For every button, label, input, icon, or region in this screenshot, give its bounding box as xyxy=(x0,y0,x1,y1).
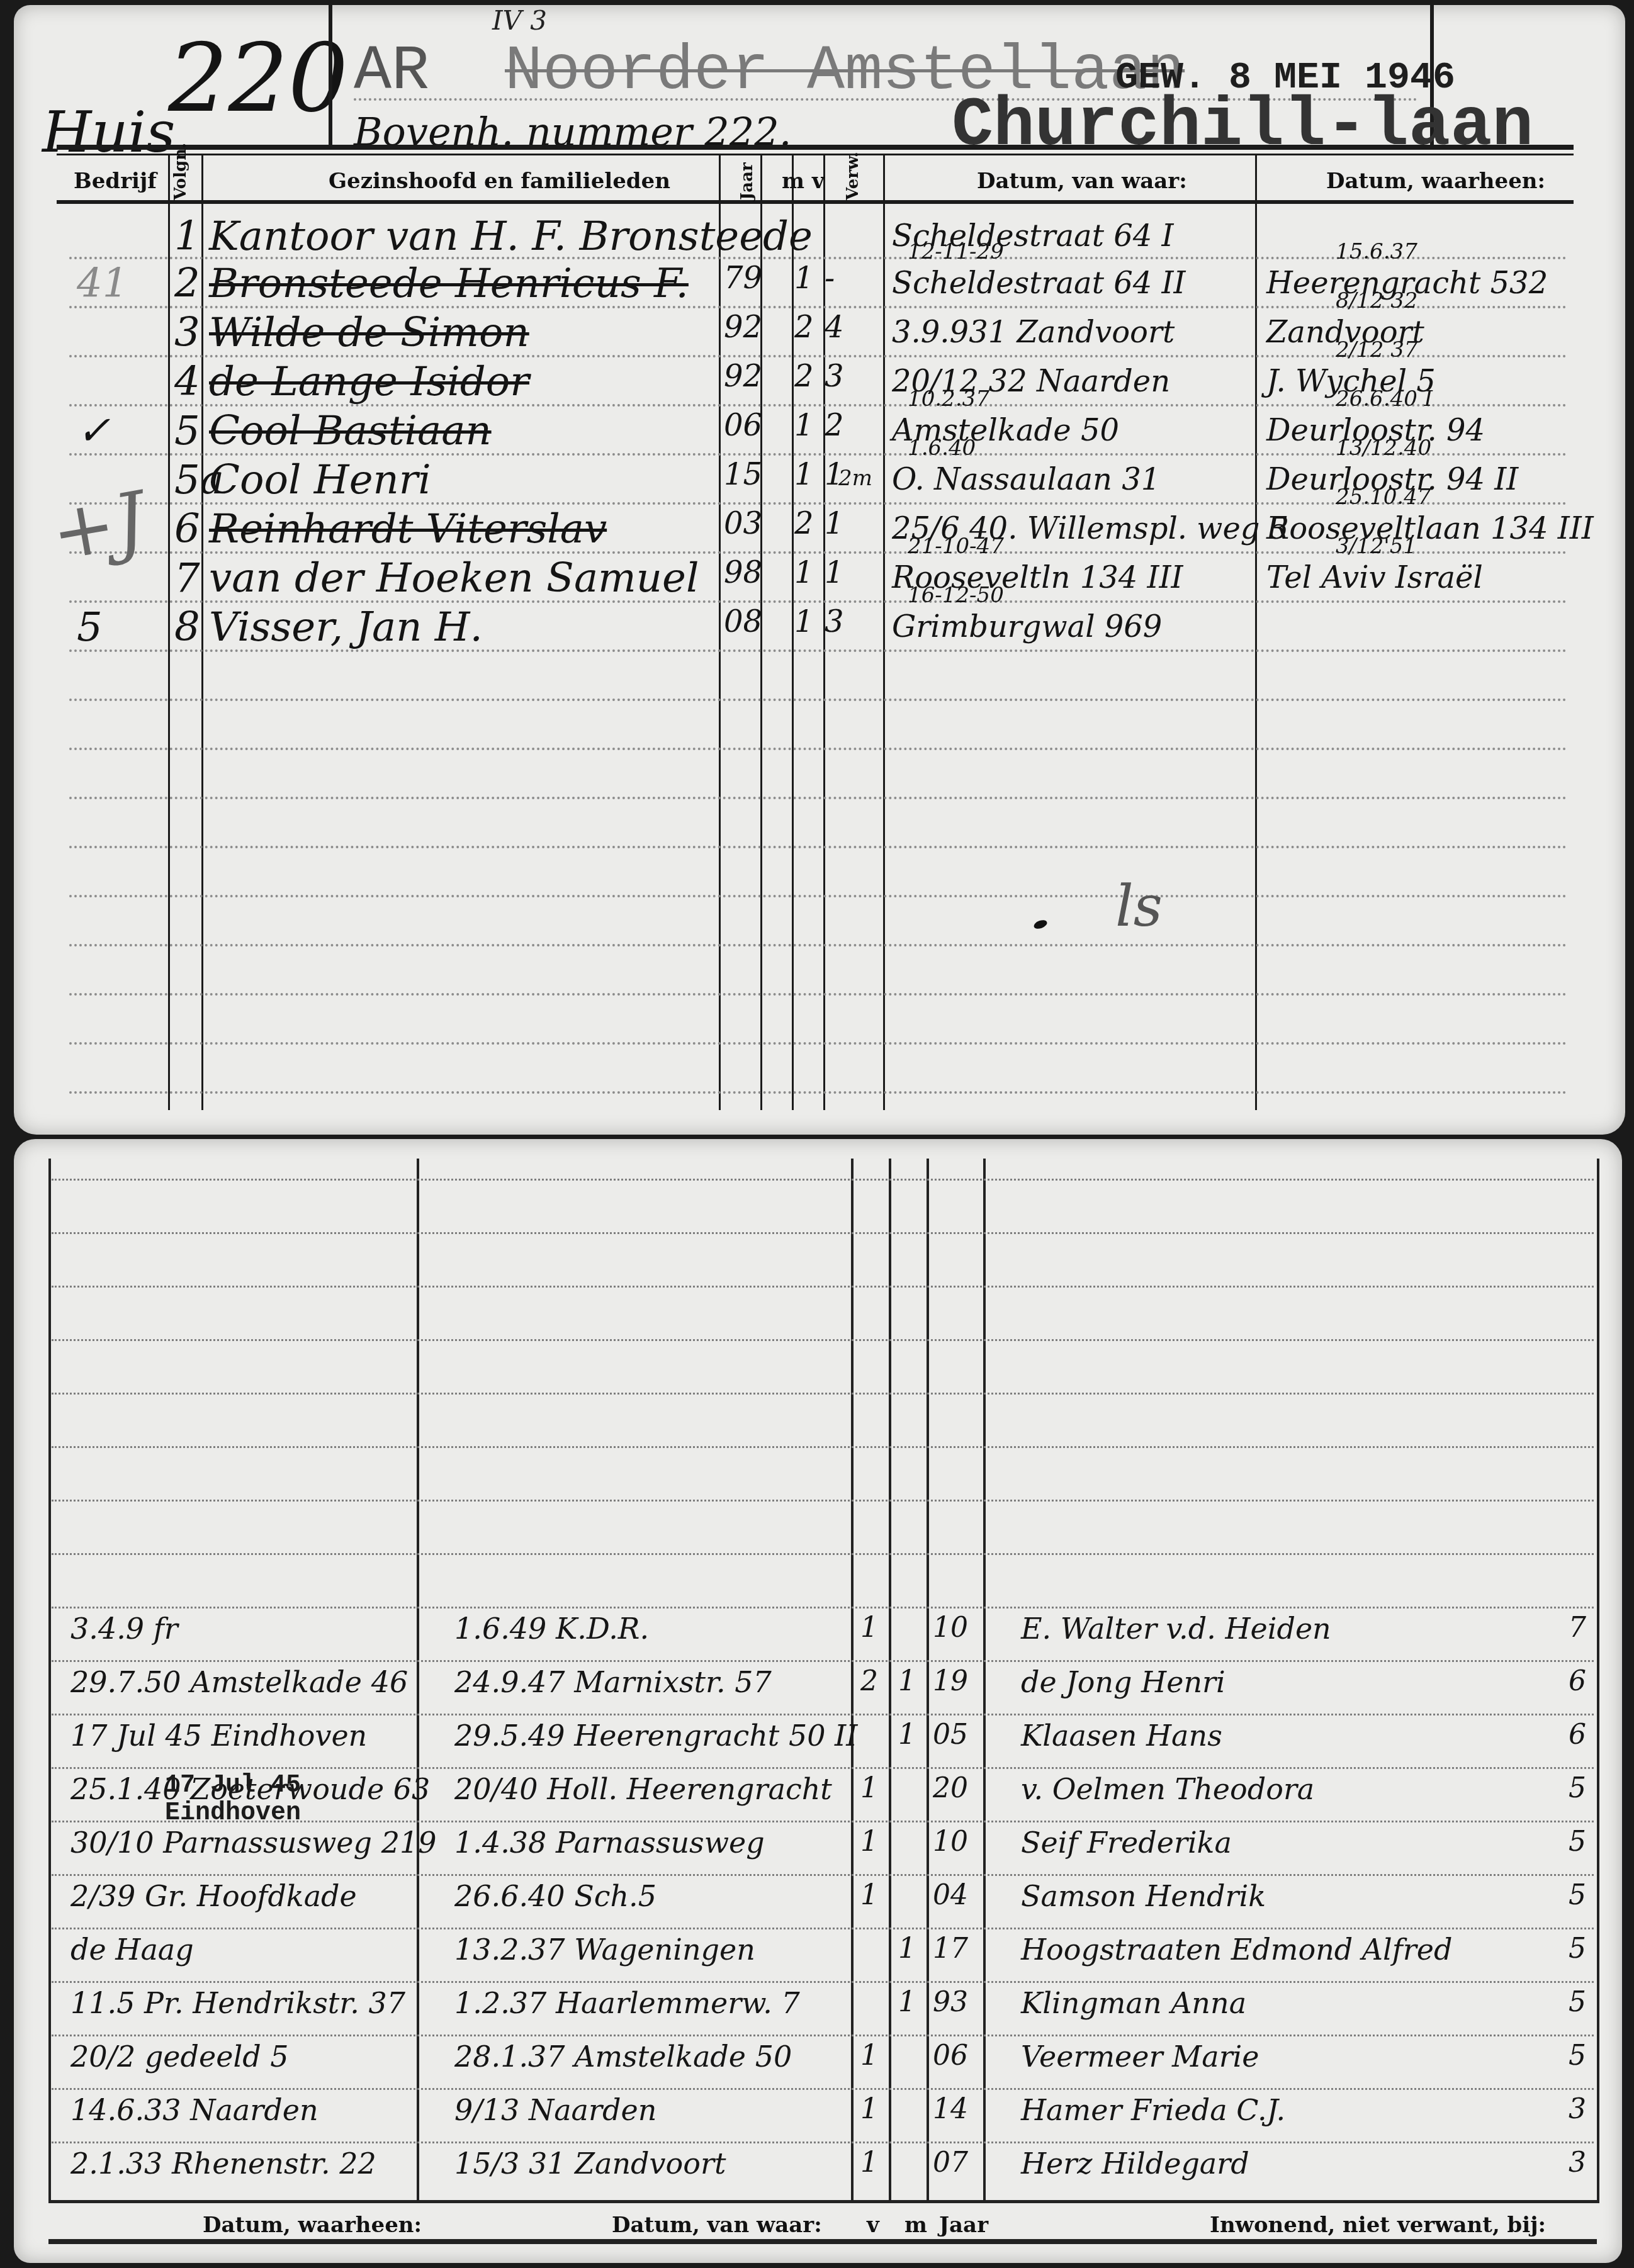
header-divider xyxy=(329,5,332,145)
lodger-jaar: 14 xyxy=(933,2093,968,2125)
m-cell: 2 xyxy=(794,359,814,394)
lodger-jaar: 20 xyxy=(933,1772,968,1804)
waarheen-date: 3/12'51 xyxy=(1336,534,1417,559)
column-line xyxy=(168,154,170,1110)
lodger-name: de Jong Henri xyxy=(1021,1665,1225,1699)
lodger-van_waar: 9/13 Naarden xyxy=(454,2093,656,2127)
back-col-van_waar: Datum, van waar: xyxy=(612,2213,822,2238)
back-row-line xyxy=(52,1393,1594,1395)
jaar-cell: 08 xyxy=(724,604,762,639)
initial-mark: ls xyxy=(1115,873,1163,940)
back-row-line xyxy=(52,2088,1594,2090)
ink-blot xyxy=(1033,919,1049,931)
lodger-ref: 5 xyxy=(1569,1826,1586,1858)
lodger-waarheen: 14.6.33 Naarden xyxy=(70,2093,318,2127)
lodger-waarheen: 2/39 Gr. Hoofdkade xyxy=(70,1879,357,1913)
bedrijf-cell: 41 xyxy=(77,261,128,307)
waarheen-cell: Tel Aviv Israël xyxy=(1266,560,1483,595)
lodger-jaar: 17 xyxy=(933,1933,968,1965)
lodger-name: Klaasen Hans xyxy=(1021,1719,1222,1753)
volgn-cell: 8 xyxy=(174,604,200,651)
waarheen-date: 2/12 37 xyxy=(1336,337,1417,362)
lodger-name: E. Walter v.d. Heiden xyxy=(1021,1612,1331,1646)
back-column-line xyxy=(417,1159,419,2203)
column-header-rule xyxy=(57,200,1574,204)
lodger-waarheen: de Haag xyxy=(70,1933,194,1967)
lodger-jaar: 07 xyxy=(933,2147,968,2179)
lodger-name: Hamer Frieda C.J. xyxy=(1021,2093,1285,2127)
row-line xyxy=(69,944,1567,946)
back-row-line xyxy=(52,1232,1594,1234)
van-waar-cell: 3.9.931 Zandvoort xyxy=(892,315,1175,350)
lodger-van_waar: 26.6.40 Sch.5 xyxy=(454,1879,656,1913)
bedrijf-cell: ✓ xyxy=(77,408,111,454)
column-line xyxy=(883,154,885,1110)
header-rule xyxy=(57,145,1574,150)
row-line xyxy=(69,797,1567,799)
name-cell: van der Hoeken Samuel xyxy=(209,555,699,602)
back-row-line xyxy=(52,2142,1594,2143)
van-waar-cell: O. Nassaulaan 31 xyxy=(892,462,1160,497)
back-col-jaar: Jaar xyxy=(939,2213,988,2238)
waarheen-date: 15.6.37 xyxy=(1336,239,1417,264)
name-cell: Kantoor van H. F. Bronsteede xyxy=(209,213,813,260)
margin-annotation: +J xyxy=(45,476,152,578)
name-cell: de Lange Isidor xyxy=(209,359,529,405)
row-line xyxy=(69,699,1567,701)
lodger-name: Veermeer Marie xyxy=(1021,2040,1259,2074)
row-line xyxy=(69,1091,1567,1094)
back-column-line xyxy=(851,1159,854,2203)
back-row-line xyxy=(52,1500,1594,1502)
stamp-date: 17 Jul 45 xyxy=(165,1772,301,1800)
column-line xyxy=(201,154,203,1110)
column-line xyxy=(719,154,721,1110)
lodger-ref: 5 xyxy=(1569,1772,1586,1804)
v-cell: 2 xyxy=(825,408,844,443)
lodger-ref: 5 xyxy=(1569,1933,1586,1965)
col-v: v xyxy=(812,169,825,194)
lodger-name: Samson Hendrik xyxy=(1021,1879,1266,1913)
van-waar-date: 21-10-47 xyxy=(908,534,1004,559)
lodger-van_waar: 28.1.37 Amstelkade 50 xyxy=(454,2040,792,2074)
lodger-jaar: 93 xyxy=(933,1986,968,2018)
lodger-v: 1 xyxy=(860,1612,878,1644)
lodger-jaar: 04 xyxy=(933,1879,968,1911)
back-row-line xyxy=(52,1179,1594,1181)
register-card-back: Datum, waarheen:Datum, van waar:vmJaarIn… xyxy=(14,1139,1622,2263)
van-waar-date: 16-12-50 xyxy=(908,583,1004,608)
back-row-line xyxy=(52,1928,1594,1929)
m-cell: 1 xyxy=(794,408,814,443)
jaar-cell: 03 xyxy=(724,506,762,541)
waarheen-date: 26.6.40 I xyxy=(1336,386,1433,412)
lodger-m: 1 xyxy=(898,1719,916,1751)
back-col-v: v xyxy=(867,2213,879,2238)
m-cell: 2 xyxy=(794,506,814,541)
row-line xyxy=(69,993,1567,996)
volgn-cell: 2 xyxy=(174,261,200,307)
lodger-v: 1 xyxy=(860,2040,878,2072)
m-cell: 1 xyxy=(794,261,814,296)
lodger-m: 1 xyxy=(898,1933,916,1965)
lodger-waarheen: 2.1.33 Rhenenstr. 22 xyxy=(70,2147,376,2181)
lodger-ref: 3 xyxy=(1569,2093,1586,2125)
back-column-line xyxy=(983,1159,986,2203)
lodger-van_waar: 13.2.37 Wageningen xyxy=(454,1933,755,1967)
name-cell: Bronsteede Henricus F. xyxy=(209,261,689,307)
lodger-waarheen: 30/10 Parnassusweg 219 xyxy=(70,1826,436,1860)
name-cell: Wilde de Simon xyxy=(209,310,529,356)
lodger-name: v. Oelmen Theodora xyxy=(1021,1772,1314,1806)
volgn-cell: 5 xyxy=(174,408,200,454)
back-row-line xyxy=(52,1981,1594,1983)
stamp-place: Eindhoven xyxy=(165,1800,301,1827)
lodger-name: Hoogstraaten Edmond Alfred xyxy=(1021,1933,1453,1967)
lodger-ref: 5 xyxy=(1569,1879,1586,1911)
m-cell: 1 xyxy=(794,457,814,492)
lodger-van_waar: 1.6.49 K.D.R. xyxy=(454,1612,649,1646)
v-cell: 1 xyxy=(825,555,844,590)
lodger-v: 1 xyxy=(860,2093,878,2125)
v-cell: 3 xyxy=(825,604,844,639)
row-line xyxy=(69,895,1567,897)
name-cell: Reinhardt Viterslav xyxy=(209,506,607,553)
back-col-m: m xyxy=(904,2213,927,2238)
row-line xyxy=(69,748,1567,750)
lodger-v: 1 xyxy=(860,1826,878,1858)
back-left-border xyxy=(48,2239,1597,2244)
back-row-line xyxy=(52,1446,1594,1448)
name-cell: Cool Bastiaan xyxy=(209,408,492,454)
lodger-ref: 5 xyxy=(1569,1986,1586,2018)
column-line xyxy=(1255,154,1257,1110)
back-row-line xyxy=(52,1714,1594,1715)
lodger-jaar: 10 xyxy=(933,1612,968,1644)
register-card-front: 220 Huis IV 3 AR Noorder Amstellaan GEW.… xyxy=(14,5,1625,1135)
waarheen-cell: Rooseveltlaan 134 III xyxy=(1266,511,1594,546)
lodger-ref: 7 xyxy=(1569,1612,1586,1644)
back-page-rotated: Datum, waarheen:Datum, van waar:vmJaarIn… xyxy=(14,1139,1622,2263)
column-line xyxy=(792,154,794,1110)
back-row-line xyxy=(52,1874,1594,1876)
lodger-van_waar: 24.9.47 Marnixstr. 57 xyxy=(454,1665,772,1699)
street-annotation: IV 3 xyxy=(492,5,547,36)
col-gezinshoofd: Gezinshoofd en familieleden xyxy=(329,169,670,194)
lodger-van_waar: 20/40 Holl. Heerengracht xyxy=(454,1772,832,1806)
jaar-cell: 92 xyxy=(724,310,762,345)
col-m: m xyxy=(782,169,804,194)
lodger-ref: 6 xyxy=(1569,1665,1586,1697)
jaar-cell: 79 xyxy=(724,261,762,296)
jaar-cell: 98 xyxy=(724,555,762,590)
volgn-cell: 1 xyxy=(174,213,200,260)
lodger-name: Seif Frederika xyxy=(1021,1826,1232,1860)
header-rule-thin xyxy=(57,154,1574,155)
street-prefix: AR xyxy=(354,36,429,108)
lodger-m: 1 xyxy=(898,1986,916,2018)
back-header-border xyxy=(48,2200,1597,2203)
lodger-m: 1 xyxy=(898,1665,916,1697)
house-label: Huis xyxy=(42,99,175,166)
waarheen-date: 25.10.47 xyxy=(1336,485,1431,510)
van-waar-date: 12-11-29 xyxy=(908,239,1004,264)
waarheen-date: 8/12 32 xyxy=(1336,288,1417,313)
m-cell: 1 xyxy=(794,555,814,590)
col-verw: Verw. xyxy=(843,152,862,200)
house-number: 220 xyxy=(168,24,348,133)
lodger-waarheen: 29.7.50 Amstelkade 46 xyxy=(70,1665,408,1699)
back-col-waarheen: Datum, waarheen: xyxy=(203,2213,422,2238)
lodger-v: 2 xyxy=(860,1665,878,1697)
lodger-name: Klingman Anna xyxy=(1021,1986,1246,2020)
v-cell: 4 xyxy=(825,310,844,345)
name-cell: Visser, Jan H. xyxy=(209,604,483,651)
back-row-line xyxy=(52,1767,1594,1769)
lodger-ref: 6 xyxy=(1569,1719,1586,1751)
verw-cell: 2m xyxy=(838,466,872,491)
back-column-line xyxy=(889,1159,891,2203)
col-volgn: Volgn. xyxy=(171,143,190,200)
lodger-jaar: 06 xyxy=(933,2040,968,2072)
back-column-line xyxy=(927,1159,929,2203)
back-column-line xyxy=(48,1159,51,2203)
jaar-cell: 92 xyxy=(724,359,762,394)
name-cell: Cool Henri xyxy=(209,457,431,503)
van-waar-date: 1.6.40 xyxy=(908,435,976,461)
row-line xyxy=(69,846,1567,848)
m-cell: 2 xyxy=(794,310,814,345)
lodger-van_waar: 1.4.38 Parnassusweg xyxy=(454,1826,765,1860)
back-column-line xyxy=(1597,1159,1599,2203)
lodger-van_waar: 1.2.37 Haarlemmerw. 7 xyxy=(454,1986,800,2020)
back-row-line xyxy=(52,1339,1594,1341)
col-waarheen: Datum, waarheen: xyxy=(1326,169,1545,194)
volgn-cell: 6 xyxy=(174,506,200,553)
lodger-ref: 5 xyxy=(1569,2040,1586,2072)
jaar-cell: 06 xyxy=(724,408,762,443)
lodger-jaar: 10 xyxy=(933,1826,968,1858)
back-row-line xyxy=(52,1286,1594,1288)
lodger-ref: 3 xyxy=(1569,2147,1586,2179)
back-row-line xyxy=(52,1553,1594,1555)
lodger-van_waar: 15/3 31 Zandvoort xyxy=(454,2147,726,2181)
lodger-waarheen: 17 Jul 45 Eindhoven xyxy=(70,1719,367,1753)
lodger-waarheen: 11.5 Pr. Hendrikstr. 37 xyxy=(70,1986,405,2020)
lodger-v: 1 xyxy=(860,2147,878,2179)
lodger-v: 1 xyxy=(860,1772,878,1804)
volgn-cell: 7 xyxy=(174,555,200,602)
back-row-line xyxy=(52,1607,1594,1608)
lodger-van_waar: 29.5.49 Heerengracht 50 II xyxy=(454,1719,857,1753)
lodger-v: 1 xyxy=(860,1879,878,1911)
v-cell: 3 xyxy=(825,359,844,394)
back-row-line xyxy=(52,2035,1594,2036)
van-waar-date: 10.2.37 xyxy=(908,386,989,412)
row-line xyxy=(69,1042,1567,1045)
col-bedrijf: Bedrijf xyxy=(74,169,157,194)
back-col-inwonend: Inwonend, niet verwant, bij: xyxy=(1210,2213,1546,2238)
volgn-cell: 4 xyxy=(174,359,200,405)
v-cell: - xyxy=(825,261,835,296)
m-cell: 1 xyxy=(794,604,814,639)
lodger-jaar: 19 xyxy=(933,1665,968,1697)
back-row-line xyxy=(52,1660,1594,1662)
lodger-waarheen: 20/2 gedeeld 5 xyxy=(70,2040,289,2074)
col-van-waar: Datum, van waar: xyxy=(977,169,1187,194)
lodger-name: Herz Hildegard xyxy=(1021,2147,1249,2181)
volgn-cell: 3 xyxy=(174,310,200,356)
jaar-cell: 15 xyxy=(724,457,762,492)
bedrijf-cell: 5 xyxy=(77,604,103,651)
lodger-jaar: 05 xyxy=(933,1719,968,1751)
waarheen-date: 13/12.40 xyxy=(1336,435,1431,461)
v-cell: 1 xyxy=(825,506,844,541)
van-waar-cell: Scheldestraat 64 II xyxy=(892,266,1185,301)
lodger-waarheen: 3.4.9 fr xyxy=(70,1612,178,1646)
eindhoven-stamp: 17 Jul 45Eindhoven xyxy=(165,1772,301,1827)
col-jaar: Jaar xyxy=(738,162,757,200)
van-waar-cell: Grimburgwal 969 xyxy=(892,609,1162,644)
